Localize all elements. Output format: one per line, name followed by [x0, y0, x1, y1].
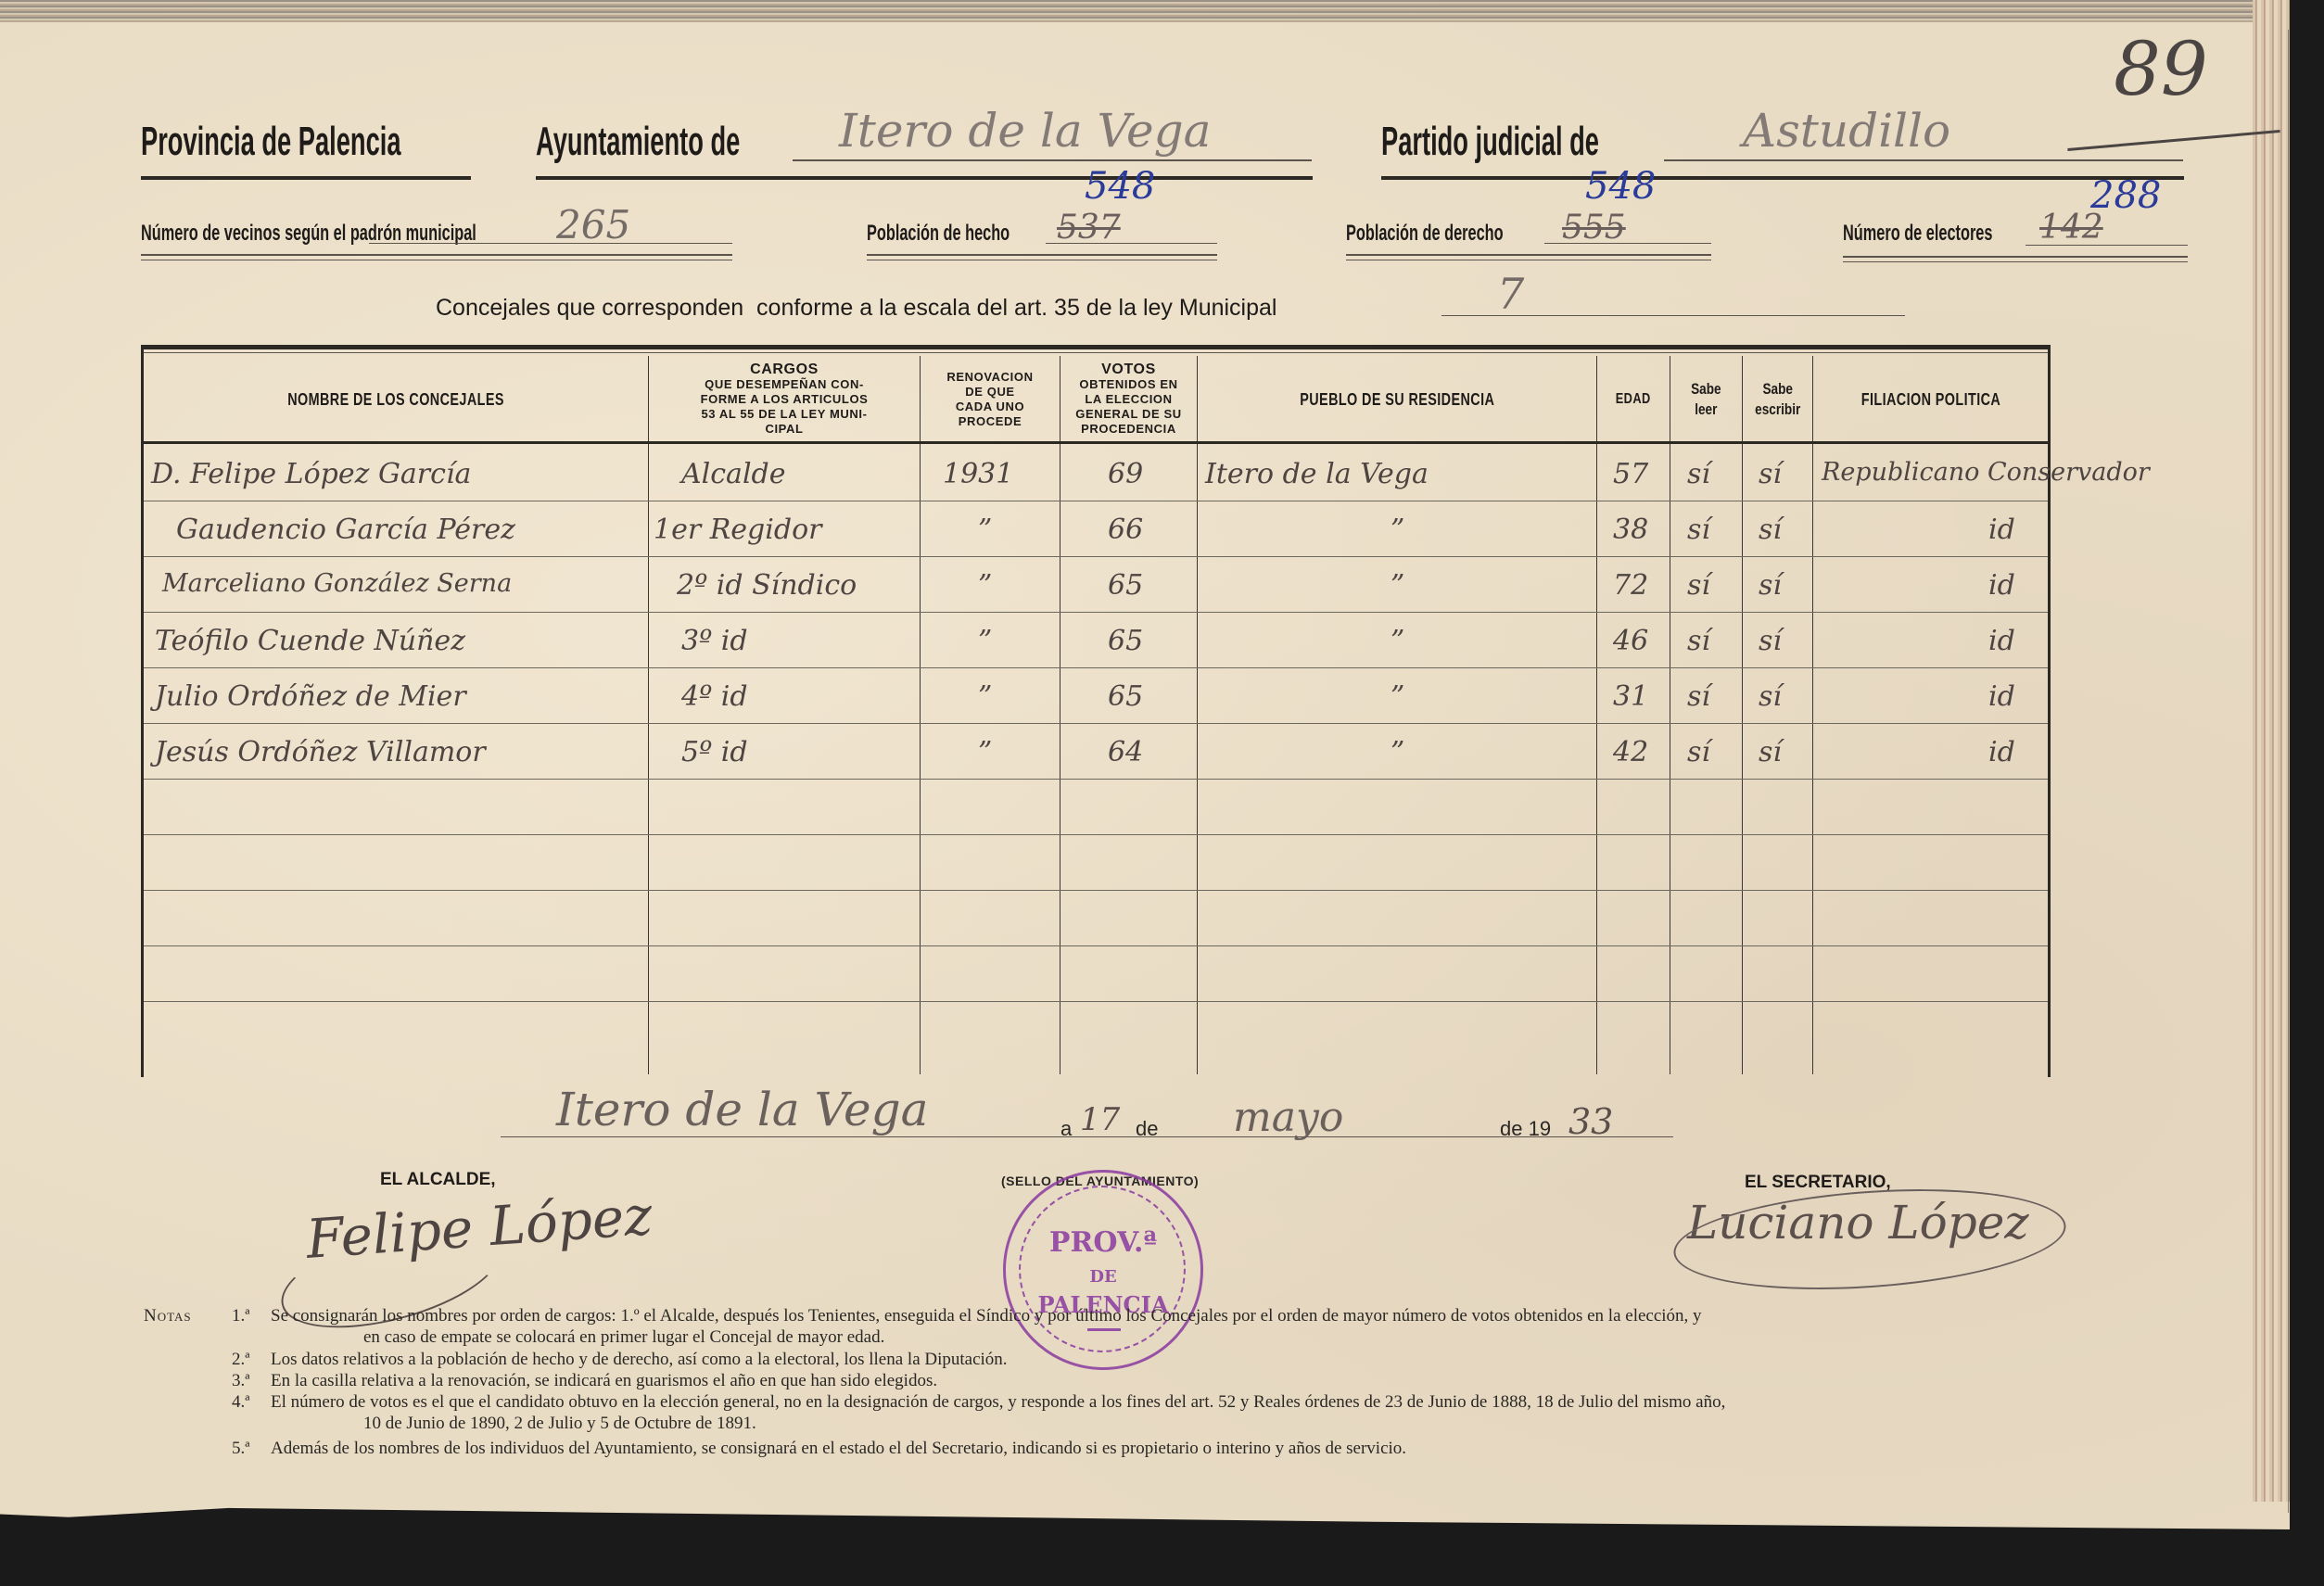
header-nombre: NOMBRE DE LOS CONCEJALES [144, 358, 648, 441]
electores-field-line [2026, 245, 2188, 246]
note-text: Los datos relativos a la población de he… [271, 1350, 1008, 1369]
cell-escribir: sí [1759, 736, 1782, 768]
header-renovacion-4: PROCEDE [946, 414, 1033, 429]
cell-nombre: Teófilo Cuende Núñez [155, 625, 465, 657]
cell-escribir: sí [1759, 458, 1782, 490]
cell-renovacion: ” [978, 569, 992, 602]
header-cargos-sub-2: FORME A LOS ARTICULOS [701, 392, 869, 407]
cell-votos: 65 [1108, 625, 1143, 657]
cell-filiacion: id [1988, 625, 2015, 657]
cell-edad: 72 [1613, 569, 1648, 602]
row-rule [144, 556, 2048, 557]
poblacion-hecho-value: 548 [1085, 165, 1155, 208]
provincia-underline [141, 176, 471, 180]
header-edad: EDAD [1597, 358, 1670, 441]
poblacion-derecho-double-rule-2 [1346, 260, 1711, 260]
table-top-rule-thin [144, 352, 2048, 353]
header-escribir-1: Sabe [1755, 379, 1800, 400]
footer-de-label: de [1136, 1117, 1158, 1141]
partido-value: Astudillo [1743, 104, 1950, 158]
header-votos-title: VOTOS [1075, 362, 1181, 377]
poblacion-derecho-field-line [1544, 243, 1711, 244]
poblacion-hecho-double-rule [867, 254, 1217, 256]
stamp-line-1: PROV.ª [1006, 1226, 1200, 1259]
note-number: 2.ª [232, 1349, 271, 1371]
table-top-rule [144, 345, 2048, 349]
vecinos-field-line [369, 243, 732, 244]
cell-edad: 38 [1613, 514, 1648, 546]
cell-cargo: Alcalde [681, 458, 786, 490]
cell-cargo: 1er Regidor [654, 514, 821, 546]
header-votos-sub-1: OBTENIDOS EN [1075, 377, 1181, 392]
row-rule [144, 890, 2048, 891]
header-cargos-sub-3: 53 AL 55 DE LA LEY MUNI- [701, 407, 869, 422]
row-rule [144, 834, 2048, 835]
cell-votos: 65 [1108, 569, 1143, 602]
header-cargos-sub-1: QUE DESEMPEÑAN CON- [701, 377, 869, 392]
page-stack-edge [2253, 0, 2290, 1502]
cell-edad: 46 [1613, 625, 1648, 657]
footer-year-prefix: de 19 [1500, 1117, 1551, 1141]
partido-underline [1381, 176, 2184, 180]
concejales-value: 7 [1497, 269, 1524, 319]
page-top-edge [0, 0, 2324, 22]
ayuntamiento-field-line [793, 159, 1312, 161]
notes-label: Notas [144, 1305, 192, 1327]
note-item: 1.ªSe consignarán los nombres por orden … [232, 1305, 1702, 1327]
cell-votos: 66 [1108, 514, 1143, 546]
header-leer: Sabe leer [1670, 358, 1742, 441]
cell-filiacion: Republicano Conservador [1822, 458, 2150, 487]
header-edad-text: EDAD [1616, 391, 1651, 408]
row-rule [144, 779, 2048, 780]
cell-pueblo: ” [1391, 514, 1404, 546]
header-cargos-sub-4: CIPAL [701, 422, 869, 437]
header-votos-sub-2: LA ELECCION [1075, 392, 1181, 407]
header-renovacion-3: CADA UNO [946, 400, 1033, 414]
header-cargos-title: CARGOS [701, 362, 869, 377]
cell-cargo: 2º id Síndico [677, 569, 857, 602]
cell-edad: 42 [1613, 736, 1648, 768]
cell-leer: sí [1687, 458, 1710, 490]
col-divider-8 [1812, 356, 1813, 1074]
cell-renovacion: ” [978, 736, 992, 768]
header-pueblo: PUEBLO DE SU RESIDENCIA [1198, 358, 1596, 441]
header-votos-sub-3: GENERAL DE SU [1075, 407, 1181, 422]
col-divider-1 [648, 356, 649, 1074]
cell-leer: sí [1687, 514, 1710, 546]
poblacion-hecho-double-rule-2 [867, 260, 1217, 260]
col-divider-5 [1596, 356, 1597, 1074]
row-rule [144, 667, 2048, 668]
stamp-underline [1087, 1328, 1121, 1331]
header-votos: VOTOS OBTENIDOS EN LA ELECCION GENERAL D… [1060, 358, 1197, 441]
header-escribir: Sabe escribir [1743, 358, 1812, 441]
cell-cargo: 4º id [681, 680, 748, 713]
cell-escribir: sí [1759, 569, 1782, 602]
secretario-label: EL SECRETARIO, [1745, 1173, 1891, 1193]
cell-votos: 65 [1108, 680, 1143, 713]
concejales-field-line [1441, 315, 1905, 316]
electores-double-rule-2 [1843, 261, 2188, 262]
col-divider-4 [1197, 356, 1198, 1074]
header-filiacion: FILIACION POLITICA [1813, 358, 2048, 441]
cell-escribir: sí [1759, 680, 1782, 713]
cell-leer: sí [1687, 625, 1710, 657]
poblacion-derecho-value: 548 [1585, 165, 1656, 208]
row-rule [144, 945, 2048, 946]
cell-renovacion: ” [978, 514, 992, 546]
electores-label: Número de electores [1843, 221, 1992, 247]
cell-leer: sí [1687, 569, 1710, 602]
row-rule [144, 501, 2048, 501]
vecinos-double-rule-2 [141, 260, 732, 260]
note-text: En la casilla relativa a la renovación, … [271, 1371, 937, 1390]
footer-day: 17 [1080, 1101, 1120, 1138]
footer-place: Itero de la Vega [556, 1083, 928, 1136]
concejales-table: NOMBRE DE LOS CONCEJALES CARGOS QUE DESE… [141, 345, 2051, 1077]
partido-field-line [1664, 159, 2183, 161]
note-item: 5.ªAdemás de los nombres de los individu… [232, 1438, 1406, 1460]
note-text: El número de votos es el que el candidat… [271, 1392, 1725, 1412]
cell-nombre: Marceliano González Serna [162, 569, 512, 598]
header-bottom-rule [144, 441, 2048, 444]
header-votos-sub-4: PROCEDENCIA [1075, 422, 1181, 437]
partido-label: Partido judicial de [1381, 119, 1599, 165]
poblacion-hecho-field-line [1046, 243, 1217, 244]
note-text: Se consignarán los nombres por orden de … [271, 1306, 1702, 1326]
cell-filiacion: id [1988, 569, 2015, 602]
header-cargos: CARGOS QUE DESEMPEÑAN CON- FORME A LOS A… [649, 358, 920, 441]
note-text: Además de los nombres de los individuos … [271, 1439, 1406, 1458]
cell-nombre: Julio Ordóñez de Mier [155, 680, 466, 713]
ayuntamiento-label: Ayuntamiento de [536, 119, 740, 165]
note-number: 3.ª [232, 1370, 271, 1392]
ayuntamiento-underline [536, 176, 1313, 180]
poblacion-hecho-struck: 537 [1057, 209, 1121, 247]
municipal-stamp: PROV.ª DE PALENCIA [1003, 1170, 1203, 1370]
cell-votos: 69 [1108, 458, 1143, 490]
margin-rule [2288, 30, 2289, 1513]
cell-pueblo: Itero de la Vega [1205, 458, 1429, 490]
cell-escribir: sí [1759, 514, 1782, 546]
header-nombre-text: NOMBRE DE LOS CONCEJALES [287, 390, 504, 410]
provincia-label: Provincia de Palencia [141, 119, 401, 165]
alcalde-label: EL ALCALDE, [380, 1170, 496, 1190]
cell-leer: sí [1687, 736, 1710, 768]
header-renovacion-1: RENOVACION [946, 370, 1033, 385]
note-item: 2.ªLos datos relativos a la población de… [232, 1349, 1008, 1371]
page-number: 89 [2114, 26, 2208, 112]
col-divider-3 [1060, 356, 1060, 1074]
header-leer-1: Sabe [1691, 379, 1721, 400]
header-escribir-2: escribir [1755, 400, 1800, 420]
row-rule [144, 723, 2048, 724]
note-continuation: 10 de Junio de 1890, 2 de Julio y 5 de O… [363, 1413, 756, 1435]
vecinos-double-rule [141, 254, 732, 256]
cell-renovacion: ” [978, 680, 992, 713]
header-filiacion-text: FILIACION POLITICA [1860, 390, 2000, 410]
footer-year-suffix: 33 [1568, 1101, 1613, 1142]
cell-pueblo: ” [1391, 736, 1404, 768]
note-item: 3.ªEn la casilla relativa a la renovació… [232, 1370, 937, 1392]
cell-votos: 64 [1108, 736, 1143, 768]
cell-escribir: sí [1759, 625, 1782, 657]
cell-pueblo: ” [1391, 680, 1404, 713]
cell-cargo: 3º id [681, 625, 748, 657]
header-renovacion: RENOVACION DE QUE CADA UNO PROCEDE [921, 358, 1060, 441]
header-renovacion-2: DE QUE [946, 385, 1033, 400]
cell-pueblo: ” [1391, 625, 1404, 657]
poblacion-derecho-label: Población de derecho [1346, 221, 1504, 247]
col-divider-2 [920, 356, 921, 1074]
page-number-underline [2067, 130, 2280, 151]
note-number: 4.ª [232, 1391, 271, 1414]
header-leer-2: leer [1691, 400, 1721, 420]
cell-nombre: D. Felipe López García [151, 458, 471, 490]
cell-leer: sí [1687, 680, 1710, 713]
header-pueblo-text: PUEBLO DE SU RESIDENCIA [1300, 390, 1494, 410]
note-number: 1.ª [232, 1305, 271, 1327]
note-number: 5.ª [232, 1438, 271, 1460]
cell-filiacion: id [1988, 514, 2015, 546]
footer-a-label: a [1060, 1117, 1072, 1141]
note-item: 4.ªEl número de votos es el que el candi… [232, 1391, 1725, 1414]
poblacion-derecho-double-rule [1346, 254, 1711, 256]
ayuntamiento-value: Itero de la Vega [839, 104, 1211, 158]
cell-filiacion: id [1988, 680, 2015, 713]
cell-renovacion: 1931 [943, 458, 1013, 490]
concejales-label: Concejales que corresponden conforme a l… [436, 295, 1276, 322]
footer-month: mayo [1233, 1094, 1343, 1141]
row-rule [144, 612, 2048, 613]
note-continuation: en caso de empate se colocará en primer … [363, 1326, 884, 1349]
poblacion-derecho-struck: 555 [1562, 209, 1626, 247]
cell-edad: 57 [1613, 458, 1648, 490]
row-rule [144, 1001, 2048, 1002]
cell-cargo: 5º id [681, 736, 748, 768]
cell-nombre: Jesús Ordóñez Villamor [155, 736, 486, 768]
cell-nombre: Gaudencio García Pérez [176, 514, 515, 546]
stamp-line-2: DE [1006, 1267, 1200, 1287]
vecinos-value: 265 [556, 202, 630, 247]
electores-double-rule [1843, 256, 2188, 258]
col-divider-6 [1670, 356, 1670, 1074]
cell-filiacion: id [1988, 736, 2015, 768]
poblacion-hecho-label: Población de hecho [867, 221, 1010, 247]
document-page: 89 Provincia de Palencia Ayuntamiento de… [0, 0, 2290, 1529]
cell-renovacion: ” [978, 625, 992, 657]
cell-edad: 31 [1613, 680, 1648, 713]
electores-value: 288 [2090, 174, 2161, 217]
col-divider-7 [1742, 356, 1743, 1074]
cell-pueblo: ” [1391, 569, 1404, 602]
